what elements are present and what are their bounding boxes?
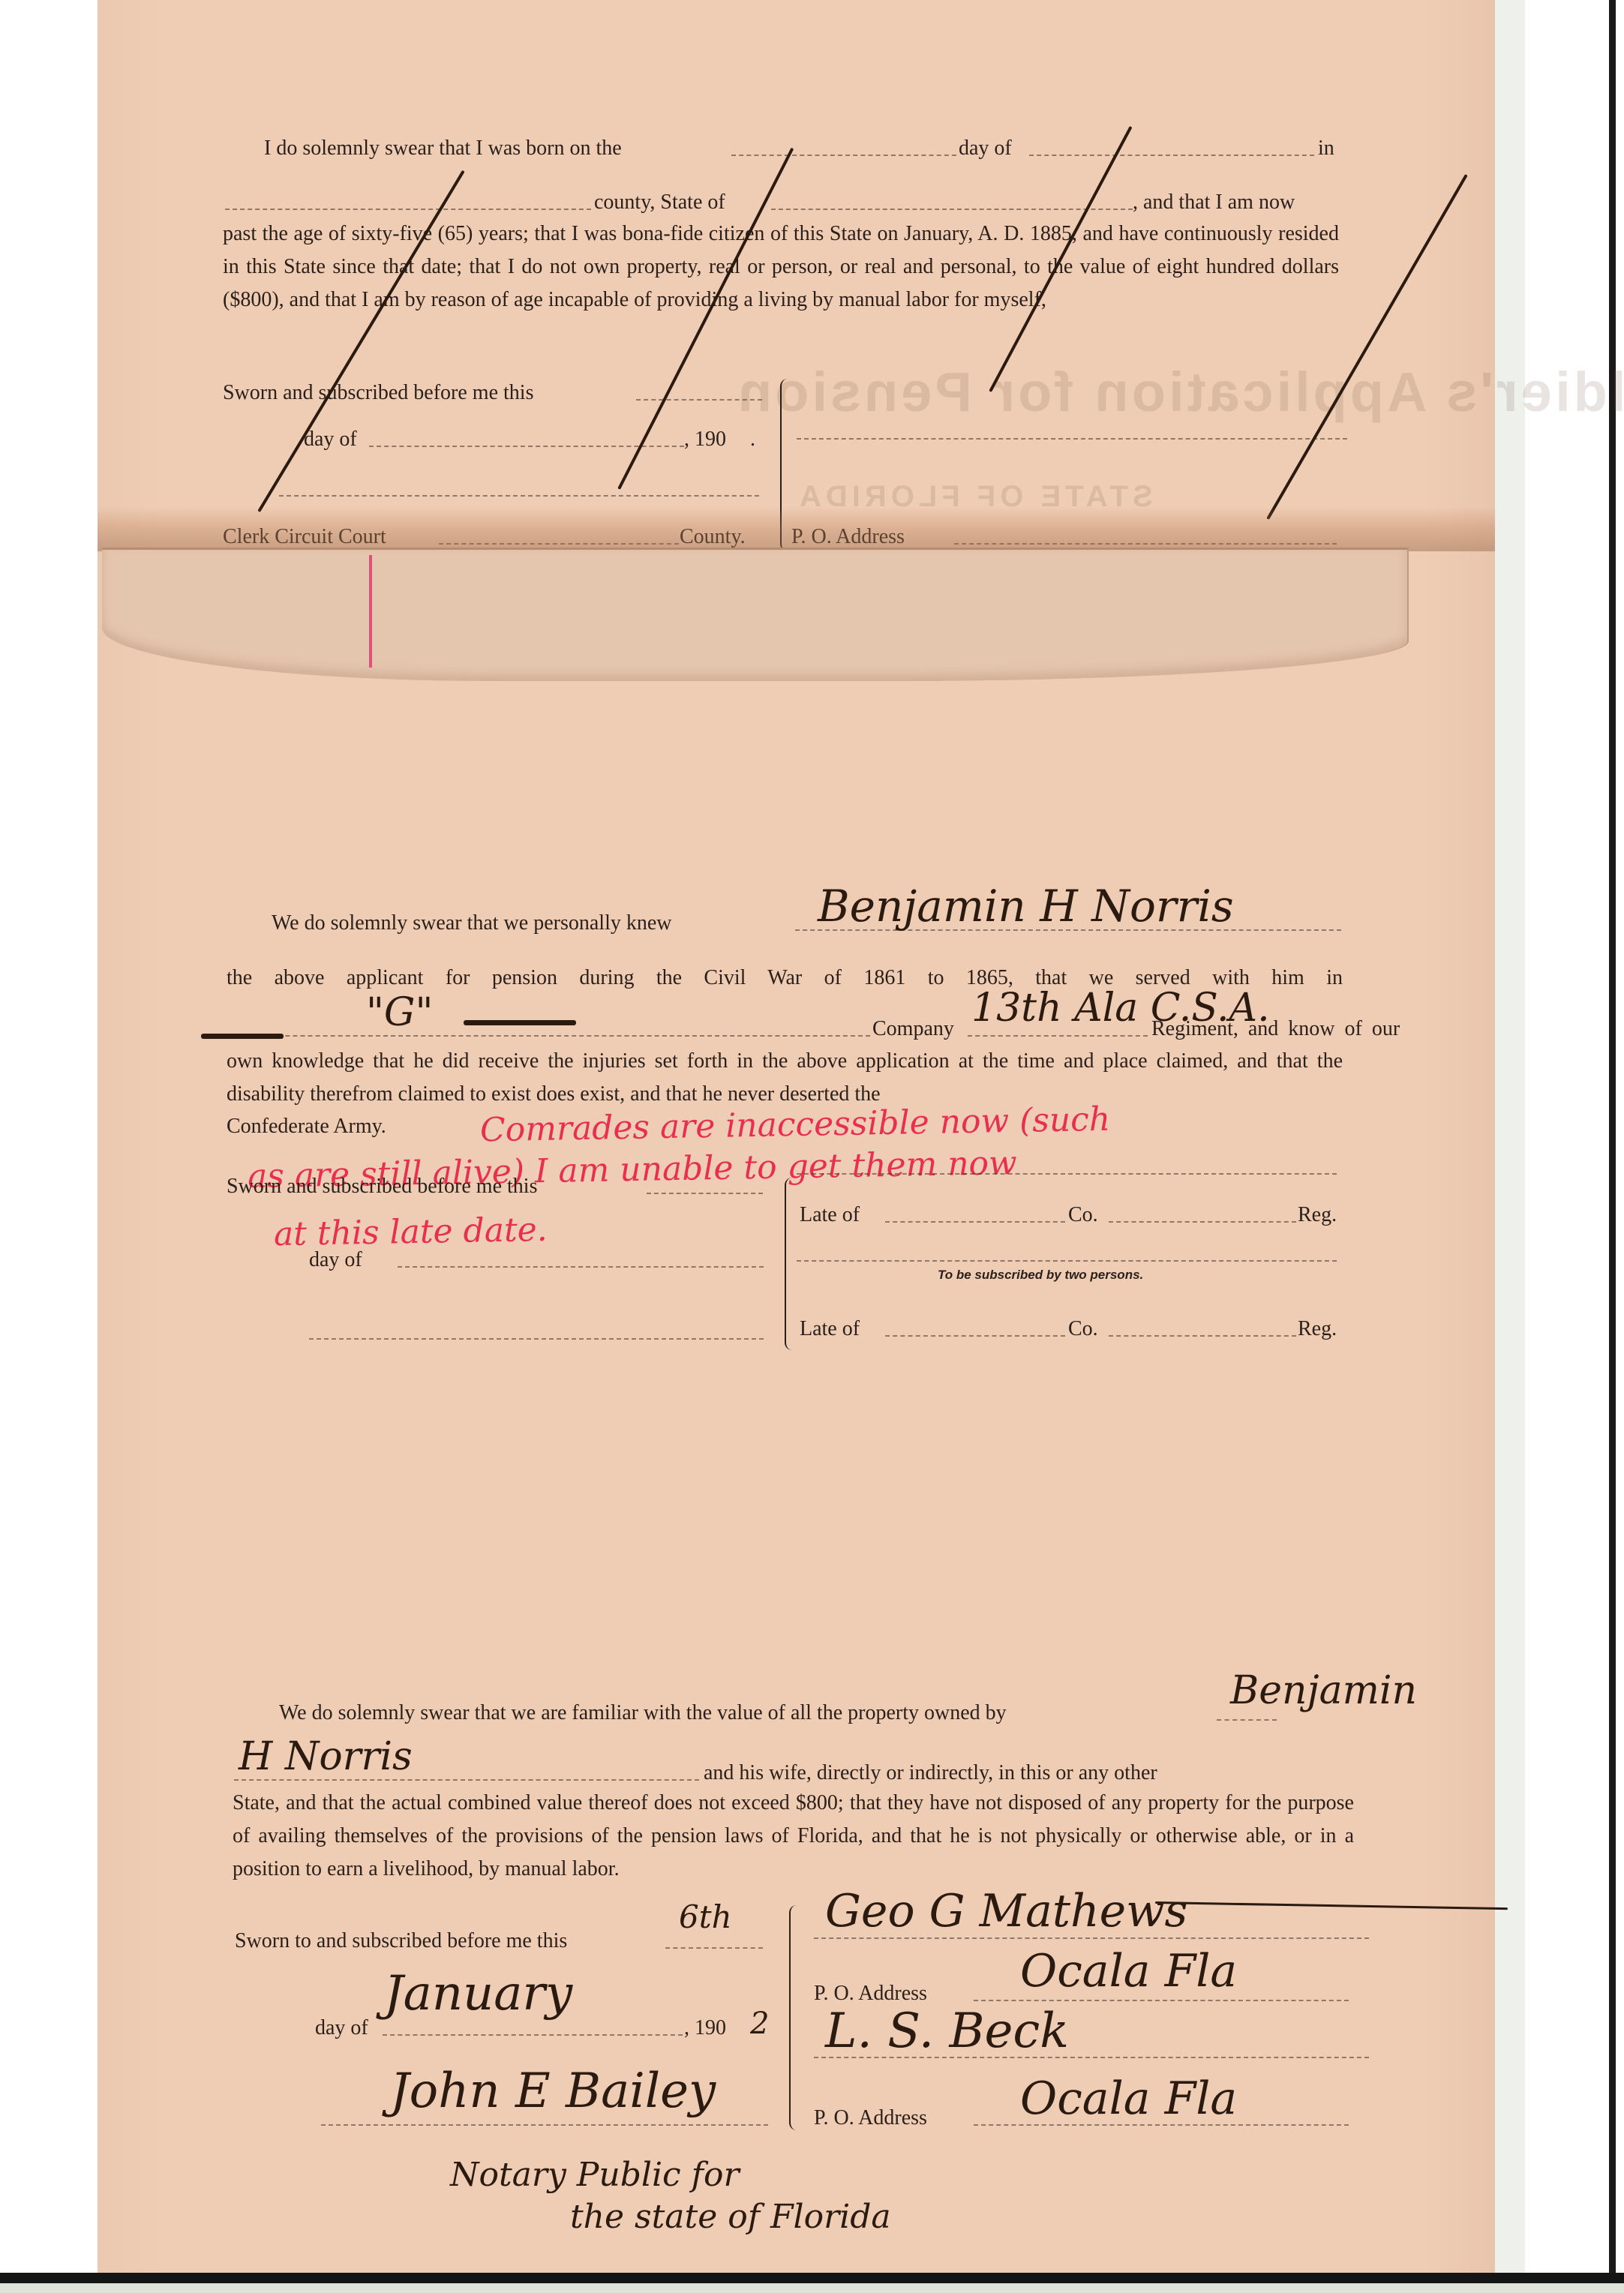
- witness2-signature: L. S. Beck: [825, 2010, 1069, 2052]
- s2-co-2: Co.: [1068, 1317, 1098, 1341]
- s2-day-of: day of: [309, 1248, 362, 1272]
- owner-name-field-2[interactable]: [234, 1779, 699, 1781]
- s1-signature-field[interactable]: [797, 438, 1347, 440]
- s1-body: past the age of sixty-five (65) years; t…: [223, 218, 1339, 317]
- s2-reg-2: Reg.: [1298, 1317, 1337, 1341]
- witness2-signature-field[interactable]: [797, 1260, 1337, 1262]
- s1-line1-c: in: [1318, 137, 1334, 161]
- s2-regiment-label: Regiment, and know of our: [1151, 1017, 1400, 1041]
- s3-po-label-2: P. O. Address: [814, 2106, 927, 2130]
- s3-brace: [789, 1905, 801, 2130]
- s1-clerk-signature-field[interactable]: [279, 495, 759, 497]
- s2-army: Confederate Army.: [227, 1115, 386, 1139]
- birth-day-field[interactable]: [731, 155, 956, 156]
- red-note-line-3: at this late date.: [274, 1211, 548, 1253]
- s2-month-field[interactable]: [398, 1266, 764, 1268]
- company-field[interactable]: [225, 1035, 870, 1037]
- s2-officer-signature-field[interactable]: [309, 1338, 764, 1340]
- s1-month-field[interactable]: [369, 446, 684, 447]
- red-margin-rule: [369, 555, 372, 668]
- witness2-address: Ocala Fla: [1020, 2078, 1237, 2120]
- owner-name-handwritten-1: Benjamin: [1230, 1670, 1417, 1712]
- s3-body: State, and that the actual combined valu…: [233, 1787, 1354, 1886]
- s1-sworn: Sworn and subscribed before me this: [223, 381, 533, 405]
- owner-name-handwritten-2: H Norris: [239, 1736, 413, 1778]
- witness1-signature-field[interactable]: [797, 1173, 1337, 1175]
- s2-sworn: Sworn and subscribed before me this: [227, 1175, 537, 1199]
- s3-line2: and his wife, directly or indirectly, in…: [704, 1761, 1157, 1785]
- s2-body: own knowledge that he did receive the in…: [227, 1045, 1343, 1111]
- s1-line1-a: I do solemnly swear that I was born on t…: [264, 137, 622, 161]
- two-persons-note: To be subscribed by two persons.: [938, 1268, 1143, 1283]
- applicant-name-handwritten: Benjamin H Norris: [818, 885, 1234, 927]
- s2-co-1: Co.: [1068, 1203, 1098, 1227]
- s1-line2-b: , and that I am now: [1133, 191, 1295, 215]
- s2-late-of-2: Late of: [800, 1317, 860, 1341]
- s2-late-of-1: Late of: [800, 1203, 860, 1227]
- fold-stain: [98, 506, 1495, 551]
- owner-name-field[interactable]: [1217, 1719, 1277, 1721]
- s3-po-label-1: P. O. Address: [814, 1982, 927, 2006]
- s3-year-prefix: , 190: [684, 2016, 726, 2040]
- witness1-signature-field-s3[interactable]: [814, 1937, 1369, 1939]
- witness1-co-field[interactable]: [885, 1221, 1065, 1223]
- s3-sworn: Sworn to and subscribed before me this: [235, 1929, 567, 1953]
- s3-sworn-day-field[interactable]: [665, 1947, 763, 1949]
- ink-dash-2: [464, 1020, 576, 1025]
- s1-line1-b: day of: [959, 137, 1012, 161]
- scan-bottom-edge: [0, 2273, 1624, 2283]
- regiment-field[interactable]: [968, 1035, 1148, 1037]
- notary-signature: John E Bailey: [390, 2070, 716, 2112]
- witness2-reg-field[interactable]: [1109, 1335, 1296, 1337]
- s3-month-field[interactable]: [383, 2034, 683, 2036]
- birth-month-field[interactable]: [1029, 155, 1314, 156]
- s1-sworn-day-field[interactable]: [636, 399, 762, 401]
- s1-year-dot: .: [750, 428, 755, 452]
- ink-dash-1: [201, 1034, 284, 1039]
- notary-title-2: the state of Florida: [570, 2196, 891, 2238]
- scan-bottom-margin: [0, 2283, 1624, 2293]
- bleed-through-title: Soldier's Application for Pension: [735, 360, 1624, 424]
- witness1-address-field[interactable]: [974, 2000, 1349, 2001]
- s3-day-handwritten: 6th: [679, 1896, 732, 1938]
- s1-line2-a: county, State of: [594, 191, 725, 215]
- torn-paper-strip: [102, 548, 1409, 681]
- witness1-address: Ocala Fla: [1020, 1950, 1237, 1992]
- s3-month-handwritten: January: [384, 1973, 572, 2015]
- s2-company-label: Company: [872, 1017, 954, 1041]
- s2-sworn-day-field[interactable]: [647, 1193, 763, 1194]
- s2-reg-1: Reg.: [1298, 1203, 1337, 1227]
- s3-day-of: day of: [315, 2016, 368, 2040]
- witness1-signature: Geo G Mathews: [825, 1890, 1187, 1932]
- s2-line1: We do solemnly swear that we personally …: [272, 911, 672, 935]
- scan-edge-line: [1609, 0, 1616, 2293]
- s3-year-handwritten: 2: [750, 2003, 769, 2045]
- notary-signature-field[interactable]: [321, 2124, 768, 2126]
- scan-margin: [1495, 0, 1525, 2280]
- s1-year: , 190: [684, 428, 726, 452]
- birth-county-field[interactable]: [225, 209, 591, 210]
- notary-title-1: Notary Public for: [450, 2154, 739, 2196]
- s3-line1: We do solemnly swear that we are familia…: [279, 1701, 1007, 1725]
- s1-day-of: day of: [304, 428, 357, 452]
- witness2-co-field[interactable]: [885, 1335, 1065, 1337]
- s2-brace: [785, 1178, 797, 1350]
- birth-state-field[interactable]: [771, 209, 1133, 210]
- company-handwritten: "G": [366, 992, 433, 1034]
- witness1-reg-field[interactable]: [1109, 1221, 1296, 1223]
